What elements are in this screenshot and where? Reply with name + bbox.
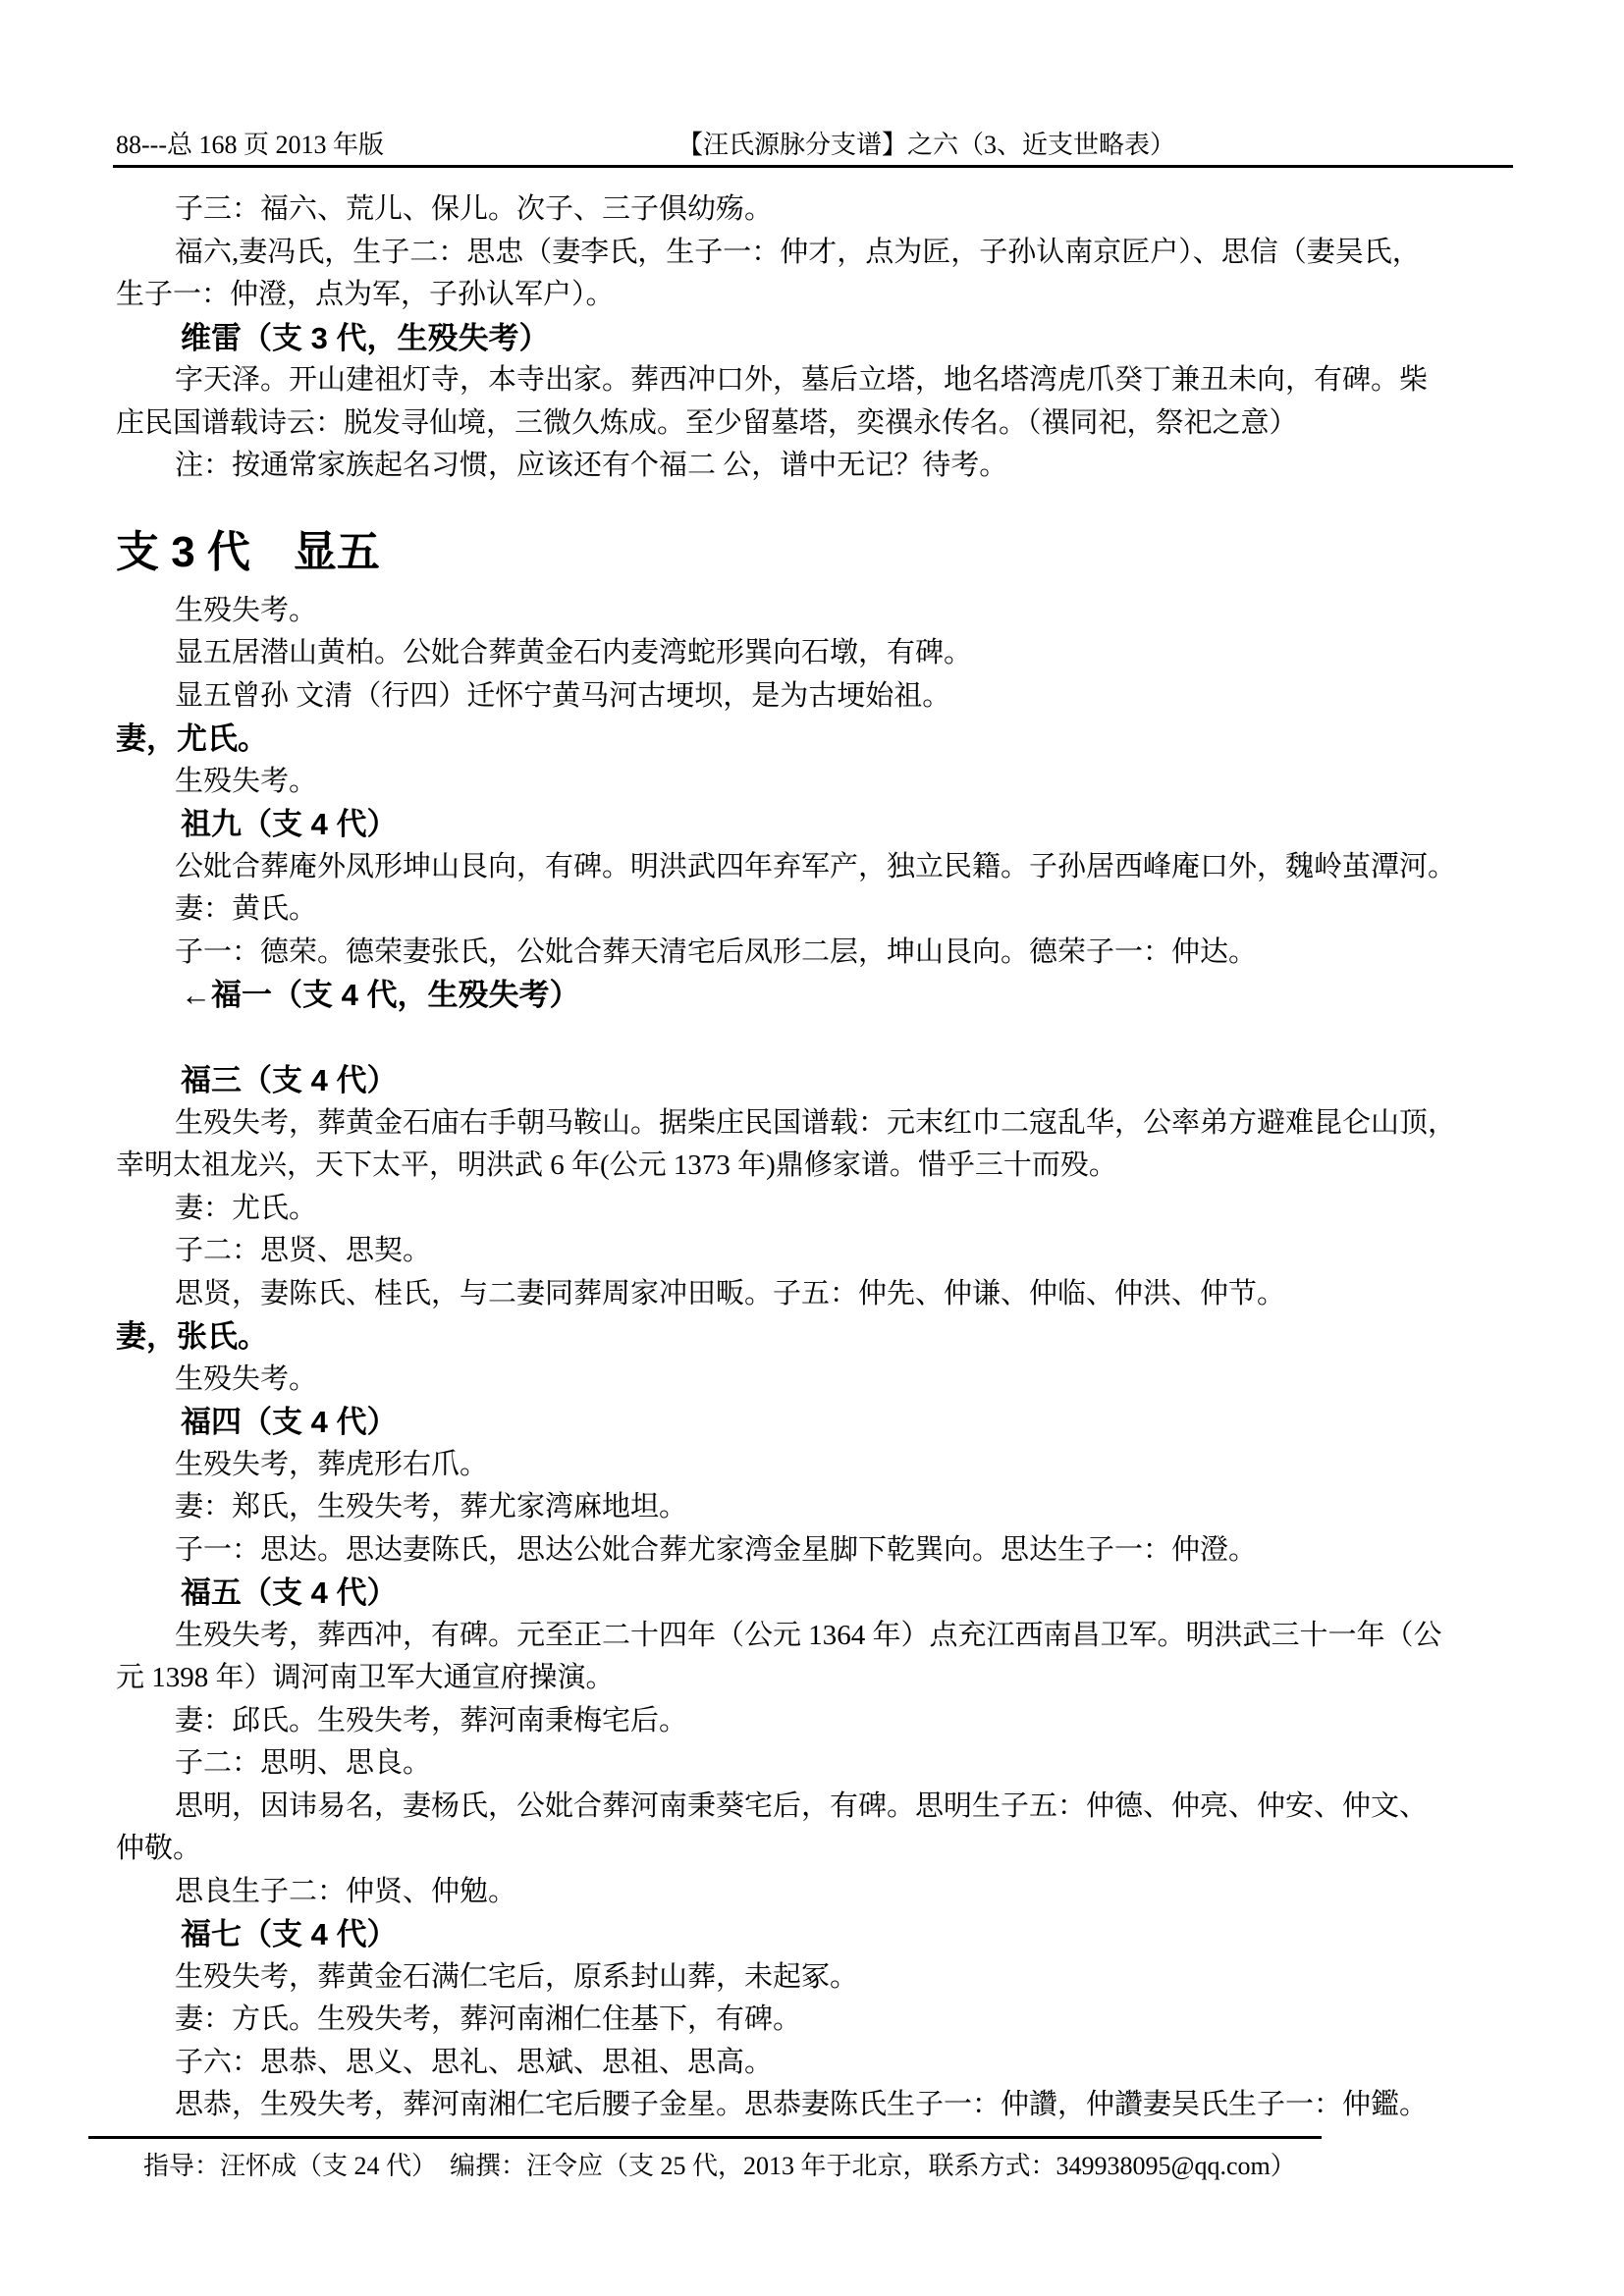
text-line: 显五居潜山黄柏。公妣合葬黄金石内麦湾蛇形巽向石墩，有碑。	[116, 632, 1515, 675]
text-line: 子三：福六、荒儿、保儿。次子、三子俱幼殇。	[116, 188, 1515, 232]
text-line: 元 1398 年）调河南卫军大通宣府操演。	[116, 1657, 1515, 1700]
section-heading: 福五（支 4 代）	[116, 1572, 1515, 1615]
header-book-title: 【汪氏源脉分支谱】之六（3、近支世略表）	[677, 128, 1175, 163]
text-line: 子六：思恭、思义、思礼、思斌、思祖、思高。	[116, 2042, 1515, 2085]
text-line: 子二：思贤、思契。	[116, 1230, 1515, 1273]
text-line: 思恭，生殁失考，葬河南湘仁宅后腰子金星。思恭妻陈氏生子一：仲讚，仲讚妻吴氏生子一…	[116, 2084, 1515, 2127]
text-line: 生子一：仲澄，点为军，子孙认军户）。	[116, 274, 1515, 317]
section-heading: 福七（支 4 代）	[116, 1913, 1515, 1956]
text-line: 显五曾孙 文清（行四）迁怀宁黄马河古埂坝，是为古埂始祖。	[116, 675, 1515, 719]
section-heading: 福三（支 4 代）	[116, 1059, 1515, 1102]
page-footer: 指导：汪怀成（支 24 代） 编撰：汪令应（支 25 代，2013 年于北京，联…	[88, 2136, 1365, 2185]
document-page: 88---总 168 页 2013 年版 【汪氏源脉分支谱】之六（3、近支世略表…	[0, 0, 1624, 2296]
footer-credits: 指导：汪怀成（支 24 代） 编撰：汪令应（支 25 代，2013 年于北京，联…	[88, 2148, 1365, 2185]
text-line: 思明，因讳易名，妻杨氏，公妣合葬河南秉葵宅后，有碑。思明生子五：仲德、仲亮、仲安…	[116, 1786, 1515, 1829]
section-heading: 维雷（支 3 代，生殁失考）	[116, 317, 1515, 360]
page-header: 88---总 168 页 2013 年版 【汪氏源脉分支谱】之六（3、近支世略表…	[116, 128, 1511, 163]
text-line: 生殁失考。	[116, 590, 1515, 633]
text-line: 子一：思达。思达妻陈氏，思达公妣合葬尤家湾金星脚下乾巽向。思达生子一：仲澄。	[116, 1529, 1515, 1573]
section-heading: 祖九（支 4 代）	[116, 803, 1515, 846]
footer-rule	[88, 2136, 1322, 2139]
section-heading: ←福一（支 4 代，生殁失考）	[116, 974, 1515, 1017]
text-line: 字天泽。开山建祖灯寺，本寺出家。葬西冲口外，墓后立塔，地名塔湾虎爪癸丁兼丑未向，…	[116, 359, 1515, 402]
text-line: 生殁失考，葬黄金石满仁宅后，原系封山葬，未起冢。	[116, 1956, 1515, 2000]
text-line: 公妣合葬庵外凤形坤山艮向，有碑。明洪武四年弃军产，独立民籍。子孙居西峰庵口外，魏…	[116, 846, 1515, 889]
text-line: 子二：思明、思良。	[116, 1742, 1515, 1786]
section-heading: 福四（支 4 代）	[116, 1401, 1515, 1444]
text-line: 思良生子二：仲贤、仲勉。	[116, 1871, 1515, 1914]
text-line: 妻：黄氏。	[116, 888, 1515, 932]
text-line: 生殁失考，葬西冲，有碑。元至正二十四年（公元 1364 年）点充江西南昌卫军。明…	[116, 1615, 1515, 1658]
header-rule	[113, 165, 1513, 168]
text-line: 思贤，妻陈氏、桂氏，与二妻同葬周家冲田畈。子五：仲先、仲谦、仲临、仲洪、仲节。	[116, 1273, 1515, 1316]
text-line: 生殁失考。	[116, 761, 1515, 804]
text-line: 妻：邱氏。生殁失考，葬河南秉梅宅后。	[116, 1700, 1515, 1743]
text-line: 仲敬。	[116, 1828, 1515, 1871]
text-line: 注：按通常家族起名习惯，应该还有个福二 公，谱中无记？待考。	[116, 445, 1515, 488]
text-line: 生殁失考，葬虎形右爪。	[116, 1444, 1515, 1487]
text-line: 福六,妻冯氏，生子二：思忠（妻李氏，生子一：仲才，点为匠，子孙认南京匠户）、思信…	[116, 232, 1515, 275]
text-line: 生殁失考。	[116, 1359, 1515, 1402]
text-line: 妻：方氏。生殁失考，葬河南湘仁住基下，有碑。	[116, 1999, 1515, 2042]
blank-line	[116, 1017, 1515, 1060]
text-line: 妻：尤氏。	[116, 1188, 1515, 1231]
document-body: 子三：福六、荒儿、保儿。次子、三子俱幼殇。福六,妻冯氏，生子二：思忠（妻李氏，生…	[116, 188, 1515, 2127]
text-line: 生殁失考，葬黄金石庙右手朝马鞍山。据柴庄民国谱载：元末红巾二寇乱华，公率弟方避难…	[116, 1102, 1515, 1146]
section-heading: 妻，张氏。	[116, 1315, 1515, 1359]
generation-title: 支 3 代 显五	[116, 488, 1515, 590]
text-line: 幸明太祖龙兴，天下太平，明洪武 6 年(公元 1373 年)鼎修家谱。惜乎三十而…	[116, 1145, 1515, 1188]
text-line: 子一：德荣。德荣妻张氏，公妣合葬天清宅后凤形二层，坤山艮向。德荣子一：仲达。	[116, 932, 1515, 975]
section-heading: 妻，尤氏。	[116, 718, 1515, 761]
header-page-number: 88---总 168 页 2013 年版	[116, 128, 384, 163]
text-line: 庄民国谱载诗云：脱发寻仙境，三微久炼成。至少留墓塔，奕禩永传名。（禩同祀，祭祀之…	[116, 402, 1515, 446]
text-line: 妻：郑氏，生殁失考，葬尤家湾麻地坦。	[116, 1486, 1515, 1529]
